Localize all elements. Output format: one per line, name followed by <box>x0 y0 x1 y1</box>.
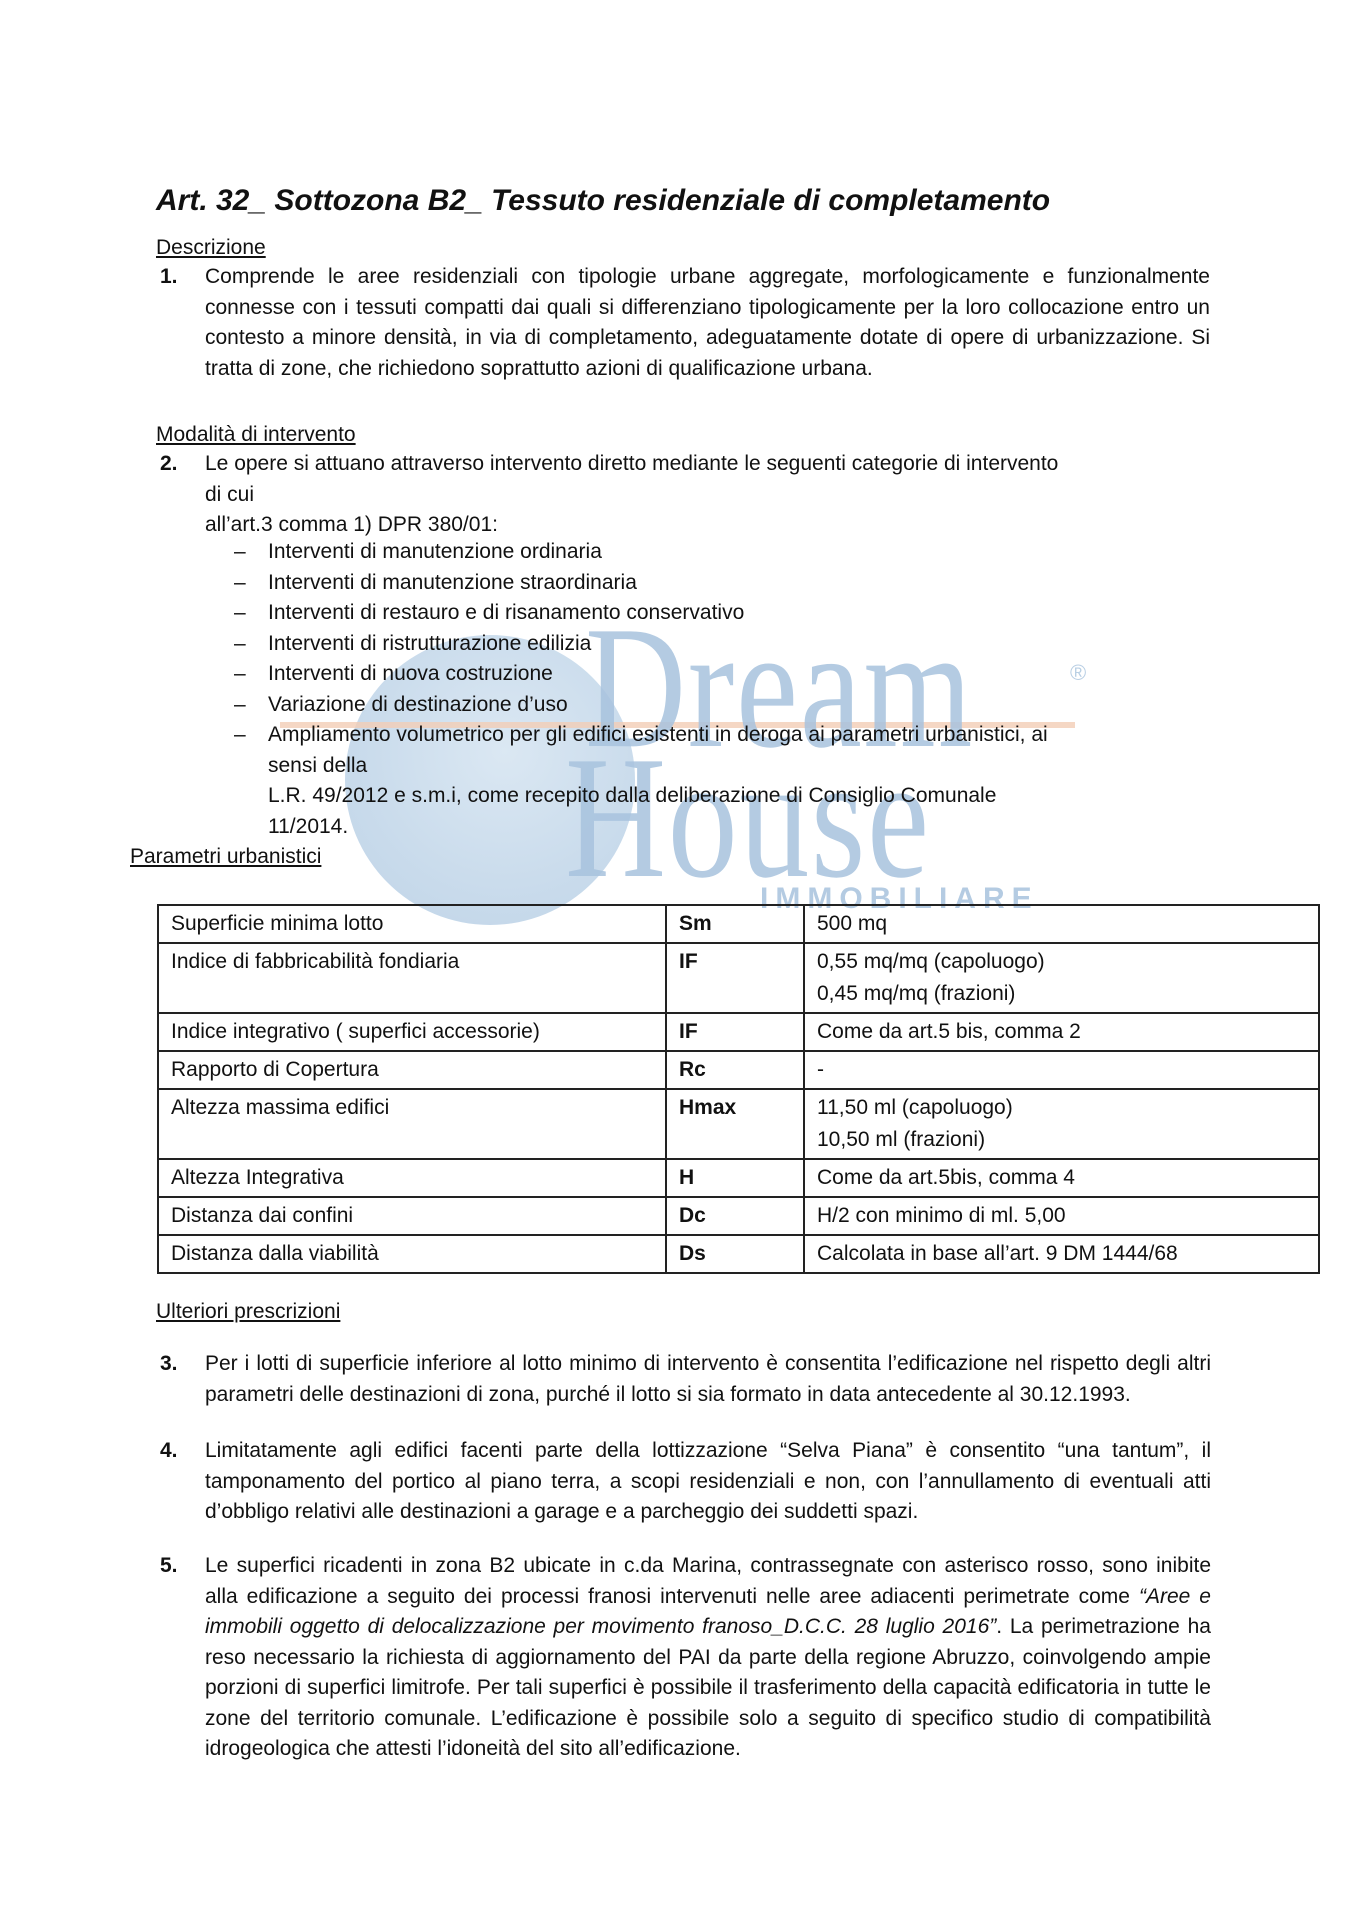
paragraph-1: 1. Comprende le aree residenziali con ti… <box>205 262 1210 384</box>
parameter-value: Come da art.5 bis, comma 2 <box>817 1016 1306 1048</box>
parameters-table: Superficie minima lottoSm500 mqIndice di… <box>157 904 1320 1274</box>
dash-bullet-icon: – <box>234 720 246 751</box>
parameter-value: 10,50 ml (frazioni) <box>817 1124 1306 1156</box>
list-item-text: Interventi di nuova costruzione <box>268 662 553 685</box>
list-item-text: sensi della <box>268 751 1048 782</box>
dash-bullet-icon: – <box>234 629 246 660</box>
paragraph-text: Le superfici ricadenti in zona B2 ubicat… <box>205 1551 1211 1765</box>
dash-bullet-icon: – <box>234 690 246 721</box>
dash-bullet-icon: – <box>234 659 246 690</box>
list-item-text: Interventi di ristrutturazione edilizia <box>268 632 591 655</box>
parameter-value: 0,55 mq/mq (capoluogo) <box>817 946 1306 978</box>
parameter-symbol-cell: H <box>666 1159 804 1197</box>
section-heading-modalita: Modalità di intervento <box>156 423 356 447</box>
paragraph-4: 4. Limitatamente agli edifici facenti pa… <box>205 1436 1211 1528</box>
paragraph-5: 5. Le superfici ricadenti in zona B2 ubi… <box>205 1551 1211 1765</box>
paragraph-3: 3. Per i lotti di superficie inferiore a… <box>205 1349 1211 1410</box>
parameter-value: Calcolata in base all’art. 9 DM 1444/68 <box>817 1238 1306 1270</box>
parameter-value-cell: Calcolata in base all’art. 9 DM 1444/68 <box>804 1235 1319 1273</box>
parameter-name-cell: Altezza Integrativa <box>158 1159 666 1197</box>
parameter-value: H/2 con minimo di ml. 5,00 <box>817 1200 1306 1232</box>
paragraph-text: Per i lotti di superficie inferiore al l… <box>205 1349 1211 1410</box>
parameter-name-cell: Distanza dalla viabilità <box>158 1235 666 1273</box>
dash-bullet-icon: – <box>234 598 246 629</box>
paragraph-number: 3. <box>160 1349 178 1380</box>
parameter-value-cell: 500 mq <box>804 905 1319 943</box>
parameter-symbol-cell: Dc <box>666 1197 804 1235</box>
page-title: Art. 32_ Sottozona B2_ Tessuto residenzi… <box>156 184 1050 218</box>
dash-bullet-icon: – <box>234 537 246 568</box>
list-item: –Interventi di nuova costruzione <box>268 659 1048 690</box>
parameter-name-cell: Distanza dai confini <box>158 1197 666 1235</box>
list-item: – Ampliamento volumetrico per gli edific… <box>268 720 1048 842</box>
parameter-value-cell: Come da art.5bis, comma 4 <box>804 1159 1319 1197</box>
parameter-value-cell: 11,50 ml (capoluogo)10,50 ml (frazioni) <box>804 1089 1319 1159</box>
parameter-value-cell: 0,55 mq/mq (capoluogo)0,45 mq/mq (frazio… <box>804 943 1319 1013</box>
parameter-value-cell: Come da art.5 bis, comma 2 <box>804 1013 1319 1051</box>
parameter-symbol-cell: Sm <box>666 905 804 943</box>
parameter-symbol-cell: Hmax <box>666 1089 804 1159</box>
paragraph-text: Limitatamente agli edifici facenti parte… <box>205 1436 1211 1528</box>
list-item-text: Interventi di manutenzione straordinaria <box>268 571 637 594</box>
table-row: Indice integrativo ( superfici accessori… <box>158 1013 1319 1051</box>
list-item-text: 11/2014. <box>268 812 1048 843</box>
paragraph-line: di cui <box>205 480 1265 511</box>
document-page: Art. 32_ Sottozona B2_ Tessuto residenzi… <box>0 0 1358 1920</box>
parameter-name-cell: Indice di fabbricabilità fondiaria <box>158 943 666 1013</box>
paragraph-number: 4. <box>160 1436 178 1467</box>
parameter-value-cell: - <box>804 1051 1319 1089</box>
table-row: Altezza IntegrativaHCome da art.5bis, co… <box>158 1159 1319 1197</box>
paragraph-text: Comprende le aree residenziali con tipol… <box>205 262 1210 384</box>
table-row: Distanza dai confiniDcH/2 con minimo di … <box>158 1197 1319 1235</box>
list-item: –Interventi di restauro e di risanamento… <box>268 598 1048 629</box>
section-heading-parametri: Parametri urbanistici <box>130 845 321 869</box>
parameter-value: 500 mq <box>817 908 1306 940</box>
parameter-value: Come da art.5bis, comma 4 <box>817 1162 1306 1194</box>
parameter-value-cell: H/2 con minimo di ml. 5,00 <box>804 1197 1319 1235</box>
parameter-value: - <box>817 1054 1306 1086</box>
table-row: Altezza massima edificiHmax11,50 ml (cap… <box>158 1089 1319 1159</box>
list-item-text: Ampliamento volumetrico per gli edifici … <box>268 720 1048 751</box>
paragraph-number: 2. <box>160 449 178 480</box>
paragraph-number: 5. <box>160 1551 178 1582</box>
section-heading-descrizione: Descrizione <box>156 236 266 260</box>
table-row: Indice di fabbricabilità fondiariaIF0,55… <box>158 943 1319 1013</box>
table-row: Superficie minima lottoSm500 mq <box>158 905 1319 943</box>
parameter-symbol-cell: IF <box>666 1013 804 1051</box>
parameter-symbol-cell: Ds <box>666 1235 804 1273</box>
list-item-text: L.R. 49/2012 e s.m.i, come recepito dall… <box>268 781 1048 812</box>
dash-bullet-icon: – <box>234 568 246 599</box>
parameter-name-cell: Rapporto di Copertura <box>158 1051 666 1089</box>
table-row: Rapporto di CoperturaRc- <box>158 1051 1319 1089</box>
list-item: –Interventi di manutenzione straordinari… <box>268 568 1048 599</box>
list-item: –Variazione di destinazione d’uso <box>268 690 1048 721</box>
paragraph-number: 1. <box>160 262 178 293</box>
list-item-text: Interventi di restauro e di risanamento … <box>268 601 744 624</box>
paragraph-text-part: Le superfici ricadenti in zona B2 ubicat… <box>205 1554 1211 1608</box>
parameter-value: 0,45 mq/mq (frazioni) <box>817 978 1306 1010</box>
paragraph-line: all’art.3 comma 1) DPR 380/01: <box>205 510 1265 541</box>
section-heading-ulteriori: Ulteriori prescrizioni <box>156 1300 340 1324</box>
parameter-value: 11,50 ml (capoluogo) <box>817 1092 1306 1124</box>
parameter-symbol-cell: IF <box>666 943 804 1013</box>
paragraph-line: Le opere si attuano attraverso intervent… <box>205 449 1265 480</box>
table-row: Distanza dalla viabilitàDsCalcolata in b… <box>158 1235 1319 1273</box>
list-item-text: Interventi di manutenzione ordinaria <box>268 540 602 563</box>
list-item: –Interventi di ristrutturazione edilizia <box>268 629 1048 660</box>
parameter-name-cell: Indice integrativo ( superfici accessori… <box>158 1013 666 1051</box>
paragraph-2: 2. Le opere si attuano attraverso interv… <box>205 449 1265 541</box>
parameter-name-cell: Altezza massima edifici <box>158 1089 666 1159</box>
parameter-name-cell: Superficie minima lotto <box>158 905 666 943</box>
list-item-text: Variazione di destinazione d’uso <box>268 693 568 716</box>
list-item: –Interventi di manutenzione ordinaria <box>268 537 1048 568</box>
intervention-list: –Interventi di manutenzione ordinaria –I… <box>268 537 1048 842</box>
parameter-symbol-cell: Rc <box>666 1051 804 1089</box>
